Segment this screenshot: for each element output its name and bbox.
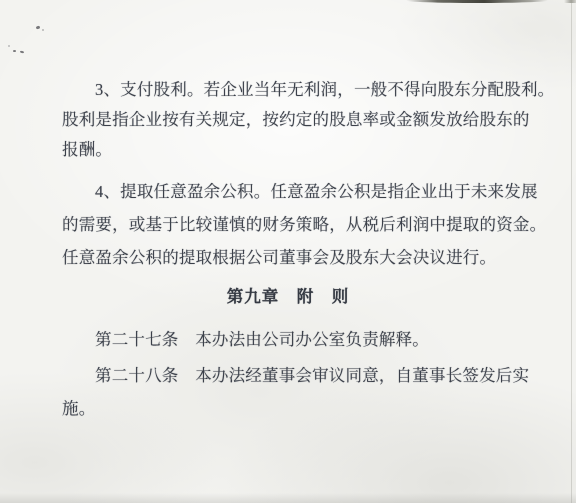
scan-speck: [42, 29, 44, 31]
scan-edge-line: [406, 0, 548, 3]
article-28-line-1: 第二十八条 本办法经董事会审议同意，自董事长签发后实: [62, 365, 529, 387]
para-pay-dividend-line-1: 3、支付股利。若企业当年无利润，一般不得向股东分配股利。: [62, 79, 554, 101]
para-discretionary-reserve-line-1: 4、提取任意盈余公积。任意盈余公积是指企业出于未来发展: [62, 181, 538, 203]
scan-speck: [36, 25, 41, 29]
scan-speck: [13, 50, 16, 52]
scan-edge-corner: [564, 0, 576, 3]
scan-edge-right: [571, 0, 572, 503]
article-27-line-1: 第二十七条 本办法由公司办公室负责解释。: [62, 329, 429, 351]
article-28-line-2: 施。: [62, 398, 95, 420]
para-discretionary-reserve-line-3: 任意盈余公积的提取根据公司董事会及股东大会决议进行。: [62, 247, 496, 269]
scan-speck: [8, 45, 10, 47]
scanned-document-page: 3、支付股利。若企业当年无利润，一般不得向股东分配股利。 股利是指企业按有关规定…: [0, 0, 576, 503]
para-pay-dividend-line-2: 股利是指企业按有关规定，按约定的股息率或金额发放给股东的: [62, 109, 530, 131]
chapter-heading: 第九章 附 则: [0, 286, 576, 308]
para-pay-dividend-line-3: 报酬。: [62, 139, 112, 161]
para-discretionary-reserve-line-2: 的需要，或基于比较谨慎的财务策略，从税后利润中提取的资金。: [62, 214, 546, 236]
scan-speck: [20, 51, 24, 54]
